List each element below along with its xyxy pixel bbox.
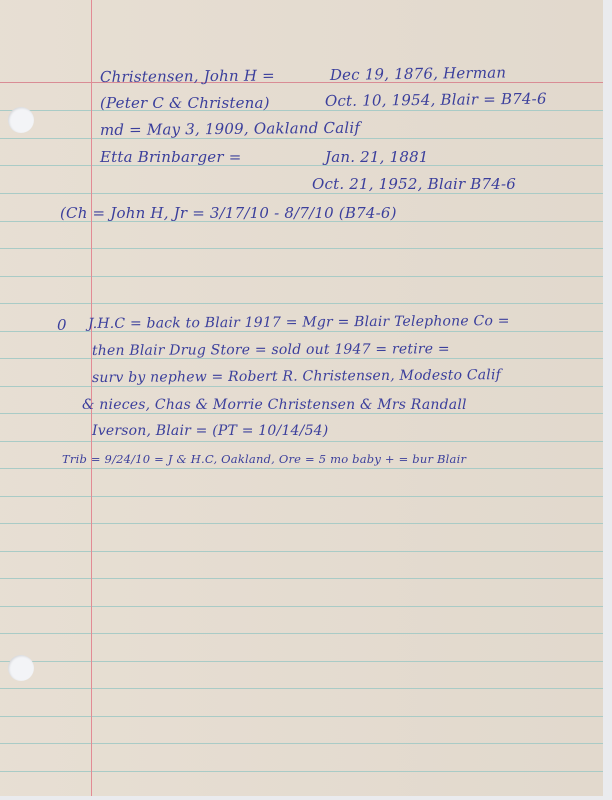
notebook-paper: Christensen, John H = Dec 19, 1876, Herm…	[0, 0, 603, 796]
note-line-5: Iverson, Blair = (PT = 10/14/54)	[92, 423, 328, 439]
punch-hole-bottom	[8, 655, 34, 681]
entry-child: (Ch = John H, Jr = 3/17/10 - 8/7/10 (B74…	[60, 204, 397, 222]
note-line-1: J.H.C = back to Blair 1917 = Mgr = Blair…	[88, 313, 510, 332]
entry-spouse: Etta Brinbarger =	[100, 148, 241, 166]
entry-death-date: Oct. 10, 1954, Blair = B74-6	[325, 90, 547, 110]
note-marker: 0	[57, 316, 67, 334]
note-line-6: Trib = 9/24/10 = J & H.C, Oakland, Ore =…	[62, 452, 466, 466]
entry-spouse-birth: Jan. 21, 1881	[325, 148, 429, 166]
note-line-3: surv by nephew = Robert R. Christensen, …	[92, 367, 501, 386]
entry-name: Christensen, John H =	[100, 66, 275, 86]
entry-spouse-death: Oct. 21, 1952, Blair B74-6	[312, 175, 516, 193]
note-line-4: & nieces, Chas & Morrie Christensen & Mr…	[82, 397, 467, 413]
entry-marriage: md = May 3, 1909, Oakland Calif	[100, 119, 360, 139]
entry-parents: (Peter C & Christena)	[100, 94, 270, 112]
punch-hole-top	[8, 107, 34, 133]
note-line-2: then Blair Drug Store = sold out 1947 = …	[92, 341, 450, 359]
entry-birth-date: Dec 19, 1876, Herman	[330, 64, 507, 84]
